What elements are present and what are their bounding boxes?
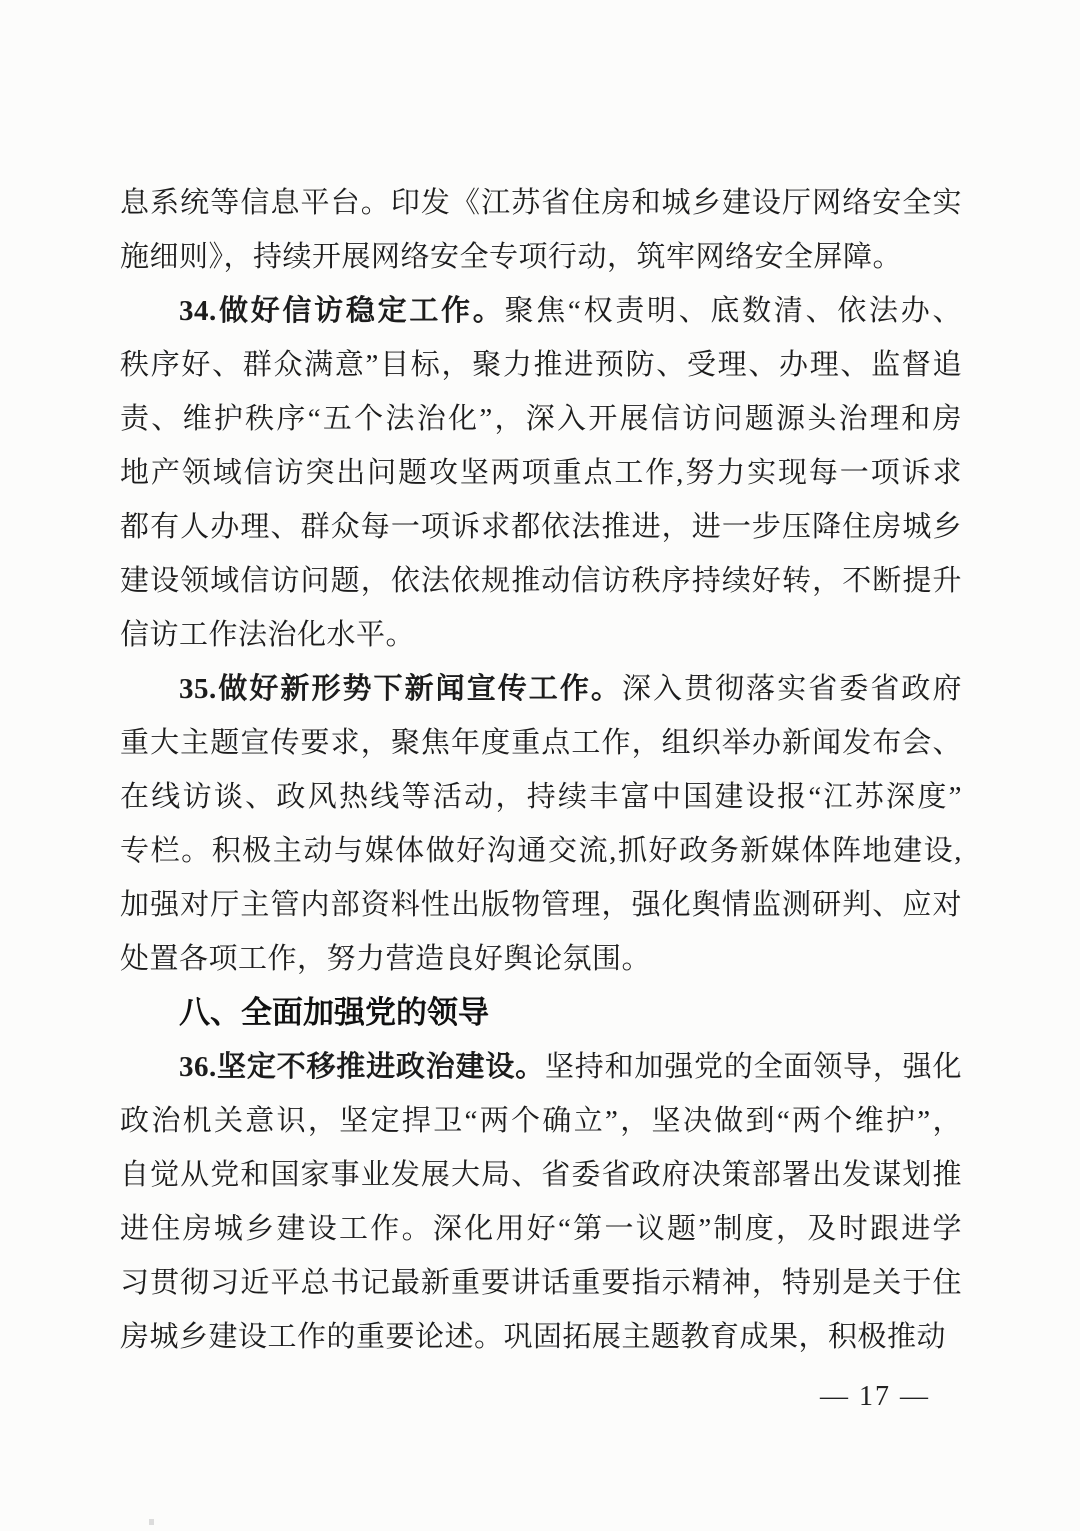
body-text: 地产领域信访突出问题攻坚两项重点工作,努力实现每一项诉求 [120,457,962,489]
body-text: 在线访谈、政风热线等活动，持续丰富中国建设报“江苏深度” [120,781,962,813]
text-line: 34.做好信访稳定工作。聚焦“权责明、底数清、依法办、 [120,284,962,338]
text-line: 信访工作法治化水平。 [120,608,962,662]
text-line: 都有人办理、群众每一项诉求都依法推进，进一步压降住房城乡 [120,500,962,554]
bold-lead-text: 35.做好新形势下新闻宣传工作。 [179,673,622,705]
bold-lead-text: 36.坚定不移推进政治建设。 [179,1051,545,1083]
body-text: 深入贯彻落实省委省政府 [622,673,962,705]
body-text: 进住房城乡建设工作。深化用好“第一议题”制度，及时跟进学 [120,1213,962,1245]
text-line: 35.做好新形势下新闻宣传工作。深入贯彻落实省委省政府 [120,662,962,716]
text-line: 在线访谈、政风热线等活动，持续丰富中国建设报“江苏深度” [120,770,962,824]
body-text: 秩序好、群众满意”目标，聚力推进预防、受理、办理、监督追 [120,349,962,381]
body-text: 都有人办理、群众每一项诉求都依法推进，进一步压降住房城乡 [120,511,962,543]
text-line: 处置各项工作，努力营造良好舆论氛围。 [120,932,962,986]
bold-lead-text: 34.做好信访稳定工作。 [179,295,504,327]
body-text: 坚持和加强党的全面领导，强化 [545,1051,962,1083]
text-line: 秩序好、群众满意”目标，聚力推进预防、受理、办理、监督追 [120,338,962,392]
text-line: 36.坚定不移推进政治建设。坚持和加强党的全面领导，强化 [120,1040,962,1094]
text-line: 专栏。积极主动与媒体做好沟通交流,抓好政务新媒体阵地建设, [120,824,962,878]
text-line: 重大主题宣传要求，聚焦年度重点工作，组织举办新闻发布会、 [120,716,962,770]
text-line: 习贯彻习近平总书记最新重要讲话重要指示精神，特别是关于住 [120,1256,962,1310]
section-heading: 八、全面加强党的领导 [120,986,962,1040]
text-line: 房城乡建设工作的重要论述。巩固拓展主题教育成果，积极推动 [120,1310,962,1364]
scan-artifact [149,1519,154,1525]
body-text: 处置各项工作，努力营造良好舆论氛围。 [120,943,651,975]
text-line: 政治机关意识，坚定捍卫“两个确立”，坚决做到“两个维护”， [120,1094,962,1148]
body-text: 自觉从党和国家事业发展大局、省委省政府决策部署出发谋划推 [120,1159,962,1191]
body-text: 责、维护秩序“五个法治化”，深入开展信访问题源头治理和房 [120,403,962,435]
text-line: 进住房城乡建设工作。深化用好“第一议题”制度，及时跟进学 [120,1202,962,1256]
text-line: 息系统等信息平台。印发《江苏省住房和城乡建设厅网络安全实 [120,176,962,230]
text-line: 自觉从党和国家事业发展大局、省委省政府决策部署出发谋划推 [120,1148,962,1202]
text-line: 加强对厅主管内部资料性出版物管理，强化舆情监测研判、应对 [120,878,962,932]
body-text: 专栏。积极主动与媒体做好沟通交流,抓好政务新媒体阵地建设, [120,835,962,867]
body-text: 习贯彻习近平总书记最新重要讲话重要指示精神，特别是关于住 [120,1267,962,1299]
text-line: 责、维护秩序“五个法治化”，深入开展信访问题源头治理和房 [120,392,962,446]
body-text: 施细则》，持续开展网络安全专项行动，筑牢网络安全屏障。 [120,241,902,273]
body-text: 重大主题宣传要求，聚焦年度重点工作，组织举办新闻发布会、 [120,727,962,759]
body-text: 加强对厅主管内部资料性出版物管理，强化舆情监测研判、应对 [120,889,962,921]
text-line: 地产领域信访突出问题攻坚两项重点工作,努力实现每一项诉求 [120,446,962,500]
body-text: 息系统等信息平台。印发《江苏省住房和城乡建设厅网络安全实 [120,187,962,219]
body-text: 聚焦“权责明、底数清、依法办、 [504,295,962,327]
body-text: 信访工作法治化水平。 [120,619,415,651]
text-line: 施细则》，持续开展网络安全专项行动，筑牢网络安全屏障。 [120,230,962,284]
bold-lead-text: 八、全面加强党的领导 [179,995,489,1030]
document-body: 息系统等信息平台。印发《江苏省住房和城乡建设厅网络安全实施细则》，持续开展网络安… [120,176,962,1364]
body-text: 建设领域信访问题，依法依规推动信访秩序持续好转，不断提升 [120,565,962,597]
body-text: 房城乡建设工作的重要论述。巩固拓展主题教育成果，积极推动 [120,1321,946,1353]
body-text: 政治机关意识，坚定捍卫“两个确立”，坚决做到“两个维护”， [120,1105,962,1137]
text-line: 建设领域信访问题，依法依规推动信访秩序持续好转，不断提升 [120,554,962,608]
document-page: 息系统等信息平台。印发《江苏省住房和城乡建设厅网络安全实施细则》，持续开展网络安… [0,0,1080,1531]
page-number: — 17 — [0,1381,1080,1413]
